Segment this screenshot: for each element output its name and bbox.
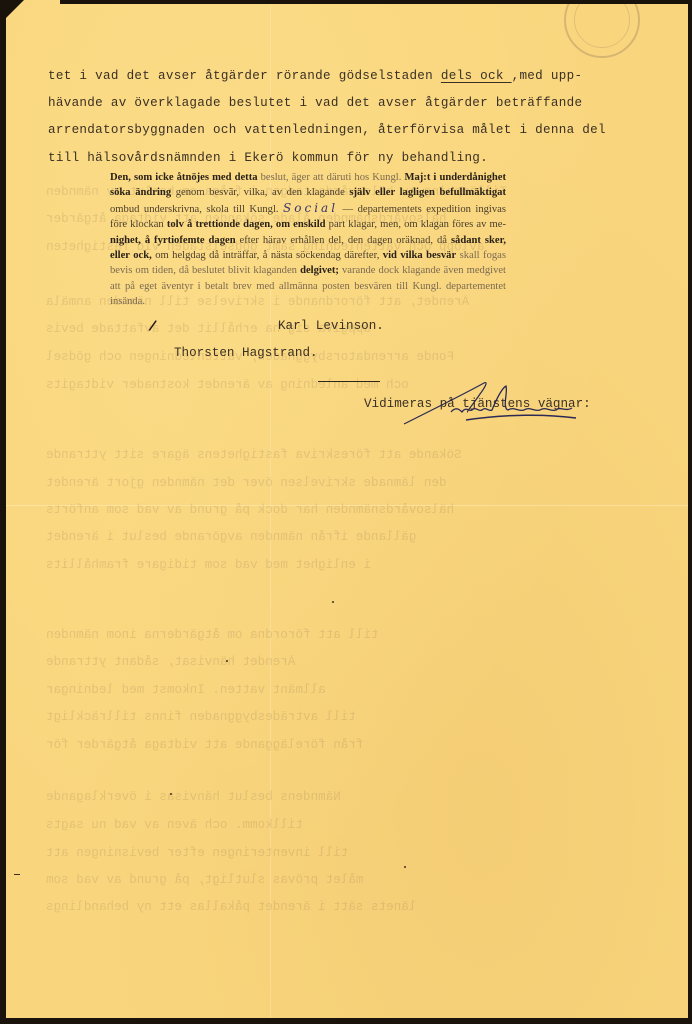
notice-bold: delgivet; <box>300 265 339 276</box>
notice-text: part klagar, men, om klagan föres av me- <box>326 219 506 230</box>
notice-bold: nighet, å fyrtiofemte dagen <box>110 235 236 246</box>
speck <box>404 866 406 868</box>
bleed-through: målet prövas slutligt, på grund av vad s… <box>46 873 394 887</box>
notice-bold: vid vilka besvär <box>383 250 456 261</box>
notice-text: ombud underskrivna, skola till Kungl. <box>110 204 279 215</box>
notice-text: beslut, äger att däruti hos Kungl. <box>258 172 402 183</box>
bleed-through: gällande ifrån nämnden avgörande beslut … <box>46 530 447 544</box>
bleed-through: och med anledning av ärendet kostnader v… <box>46 378 439 392</box>
body-line-1: tet i vad det avser åtgärder rörande göd… <box>48 69 582 83</box>
torn-corner <box>6 0 24 18</box>
bleed-through: Sökande att föreskriva fastighetens ägar… <box>46 448 492 462</box>
bleed-through: till inventeringen efter bevisningen att <box>46 846 379 860</box>
text-segment: tet i vad det avser åtgärder rörande göd… <box>48 69 441 83</box>
speck <box>170 793 172 795</box>
bleed-through: länets sätt i ärendet påkallas ett ny be… <box>46 900 447 914</box>
speck <box>332 601 334 603</box>
bleed-through: tillkomm. och även av vad nu sagts <box>46 818 333 832</box>
speck <box>226 660 228 662</box>
divider <box>318 381 380 382</box>
appeal-instructions: Den, som icke åtnöjes med detta beslut, … <box>110 170 506 310</box>
underlined-text: dels ock <box>441 69 512 83</box>
notice-text: efter härav erhållen del, den dagen oräk… <box>236 235 447 246</box>
signature-icon <box>396 378 596 428</box>
signatory-2: Thorsten Hagstrand. <box>174 346 318 360</box>
bleed-through: allmänt vatten. Inkomst med ledningar <box>46 683 356 697</box>
document-page: Tillämpning av hälsovårdsstadgan i fråga… <box>6 0 688 1018</box>
notice-bold: tolv å trettionde dagen, om enskild <box>167 219 326 230</box>
bleed-through: Ärendet hänvisat, sådant yttrande <box>46 655 326 669</box>
bleed-through: i enlighet med vad som tidigare framhåll… <box>46 558 401 572</box>
bleed-through: den lämnade skrivelsen över det nämnden … <box>46 476 477 490</box>
bleed-through: till avträdesbyggnaden finns tillräcklig… <box>46 710 386 724</box>
handwritten-department: Social <box>283 201 338 215</box>
notice-bold: Den, som icke åtnöjes med detta <box>110 172 258 183</box>
margin-mark <box>14 874 20 875</box>
bleed-through: från föreläggande att vidtaga åtgärder f… <box>46 738 394 752</box>
body-line-3: arrendatorsbyggnaden och vattenledningen… <box>48 123 606 137</box>
body-line-4: till hälsovårdsnämnden i Ekerö kommun fö… <box>48 151 488 165</box>
seal-stamp-icon <box>564 0 640 58</box>
body-line-2: hävande av överklagade beslutet i vad de… <box>48 96 582 110</box>
scan-border <box>60 0 692 4</box>
signatory-1: Karl Levinson. <box>278 319 384 333</box>
text-segment: ,med upp- <box>512 69 583 83</box>
notice-text: om helgdag då inträffar, å nästa söckend… <box>152 250 380 261</box>
bleed-through: hälsovårdsnämnden har dock på grund av v… <box>46 503 484 517</box>
bleed-through: Nämndens beslut hänvisas i överklagande <box>46 790 371 804</box>
notice-bold: själv eller lagligen befullmäktigat <box>349 187 506 198</box>
notice-text: genom besvär, vilka, av den klagande <box>171 187 345 198</box>
bleed-through: till att förordna om åtgärderna inom näm… <box>46 628 409 642</box>
